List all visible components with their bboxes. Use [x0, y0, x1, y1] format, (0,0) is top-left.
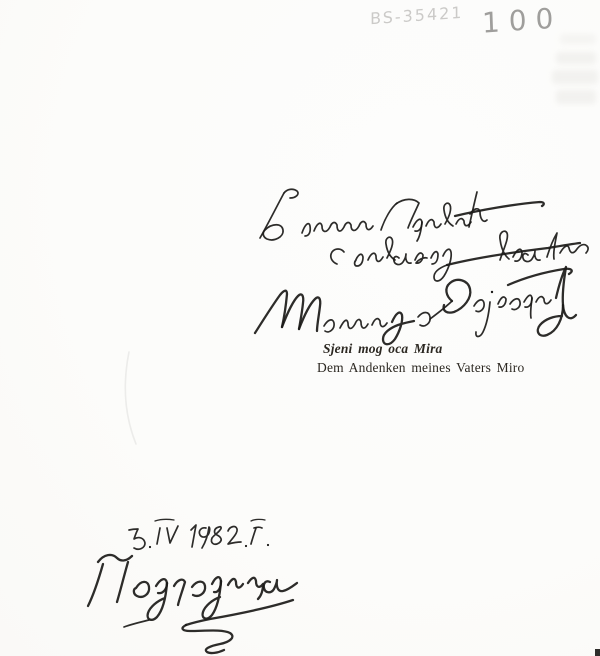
corner-mark [595, 649, 600, 656]
handwriting-date [129, 519, 269, 549]
handwriting-place [88, 555, 297, 620]
crease-mark [125, 352, 136, 444]
printed-dedication-serbocroatian: Sjeni mog oca Mira [317, 339, 524, 358]
printed-dedication-german: Dem Andenken meines Vaters Miro [317, 358, 524, 377]
handwriting-dedication-line2 [331, 231, 588, 281]
printed-dedication: Sjeni mog oca Mira Dem Andenken meines V… [317, 339, 524, 377]
handwriting-signature [255, 267, 576, 344]
scan-artwork [0, 0, 600, 656]
signature-flourish [124, 600, 293, 653]
scanned-page: BS-35421 100 [0, 0, 600, 656]
